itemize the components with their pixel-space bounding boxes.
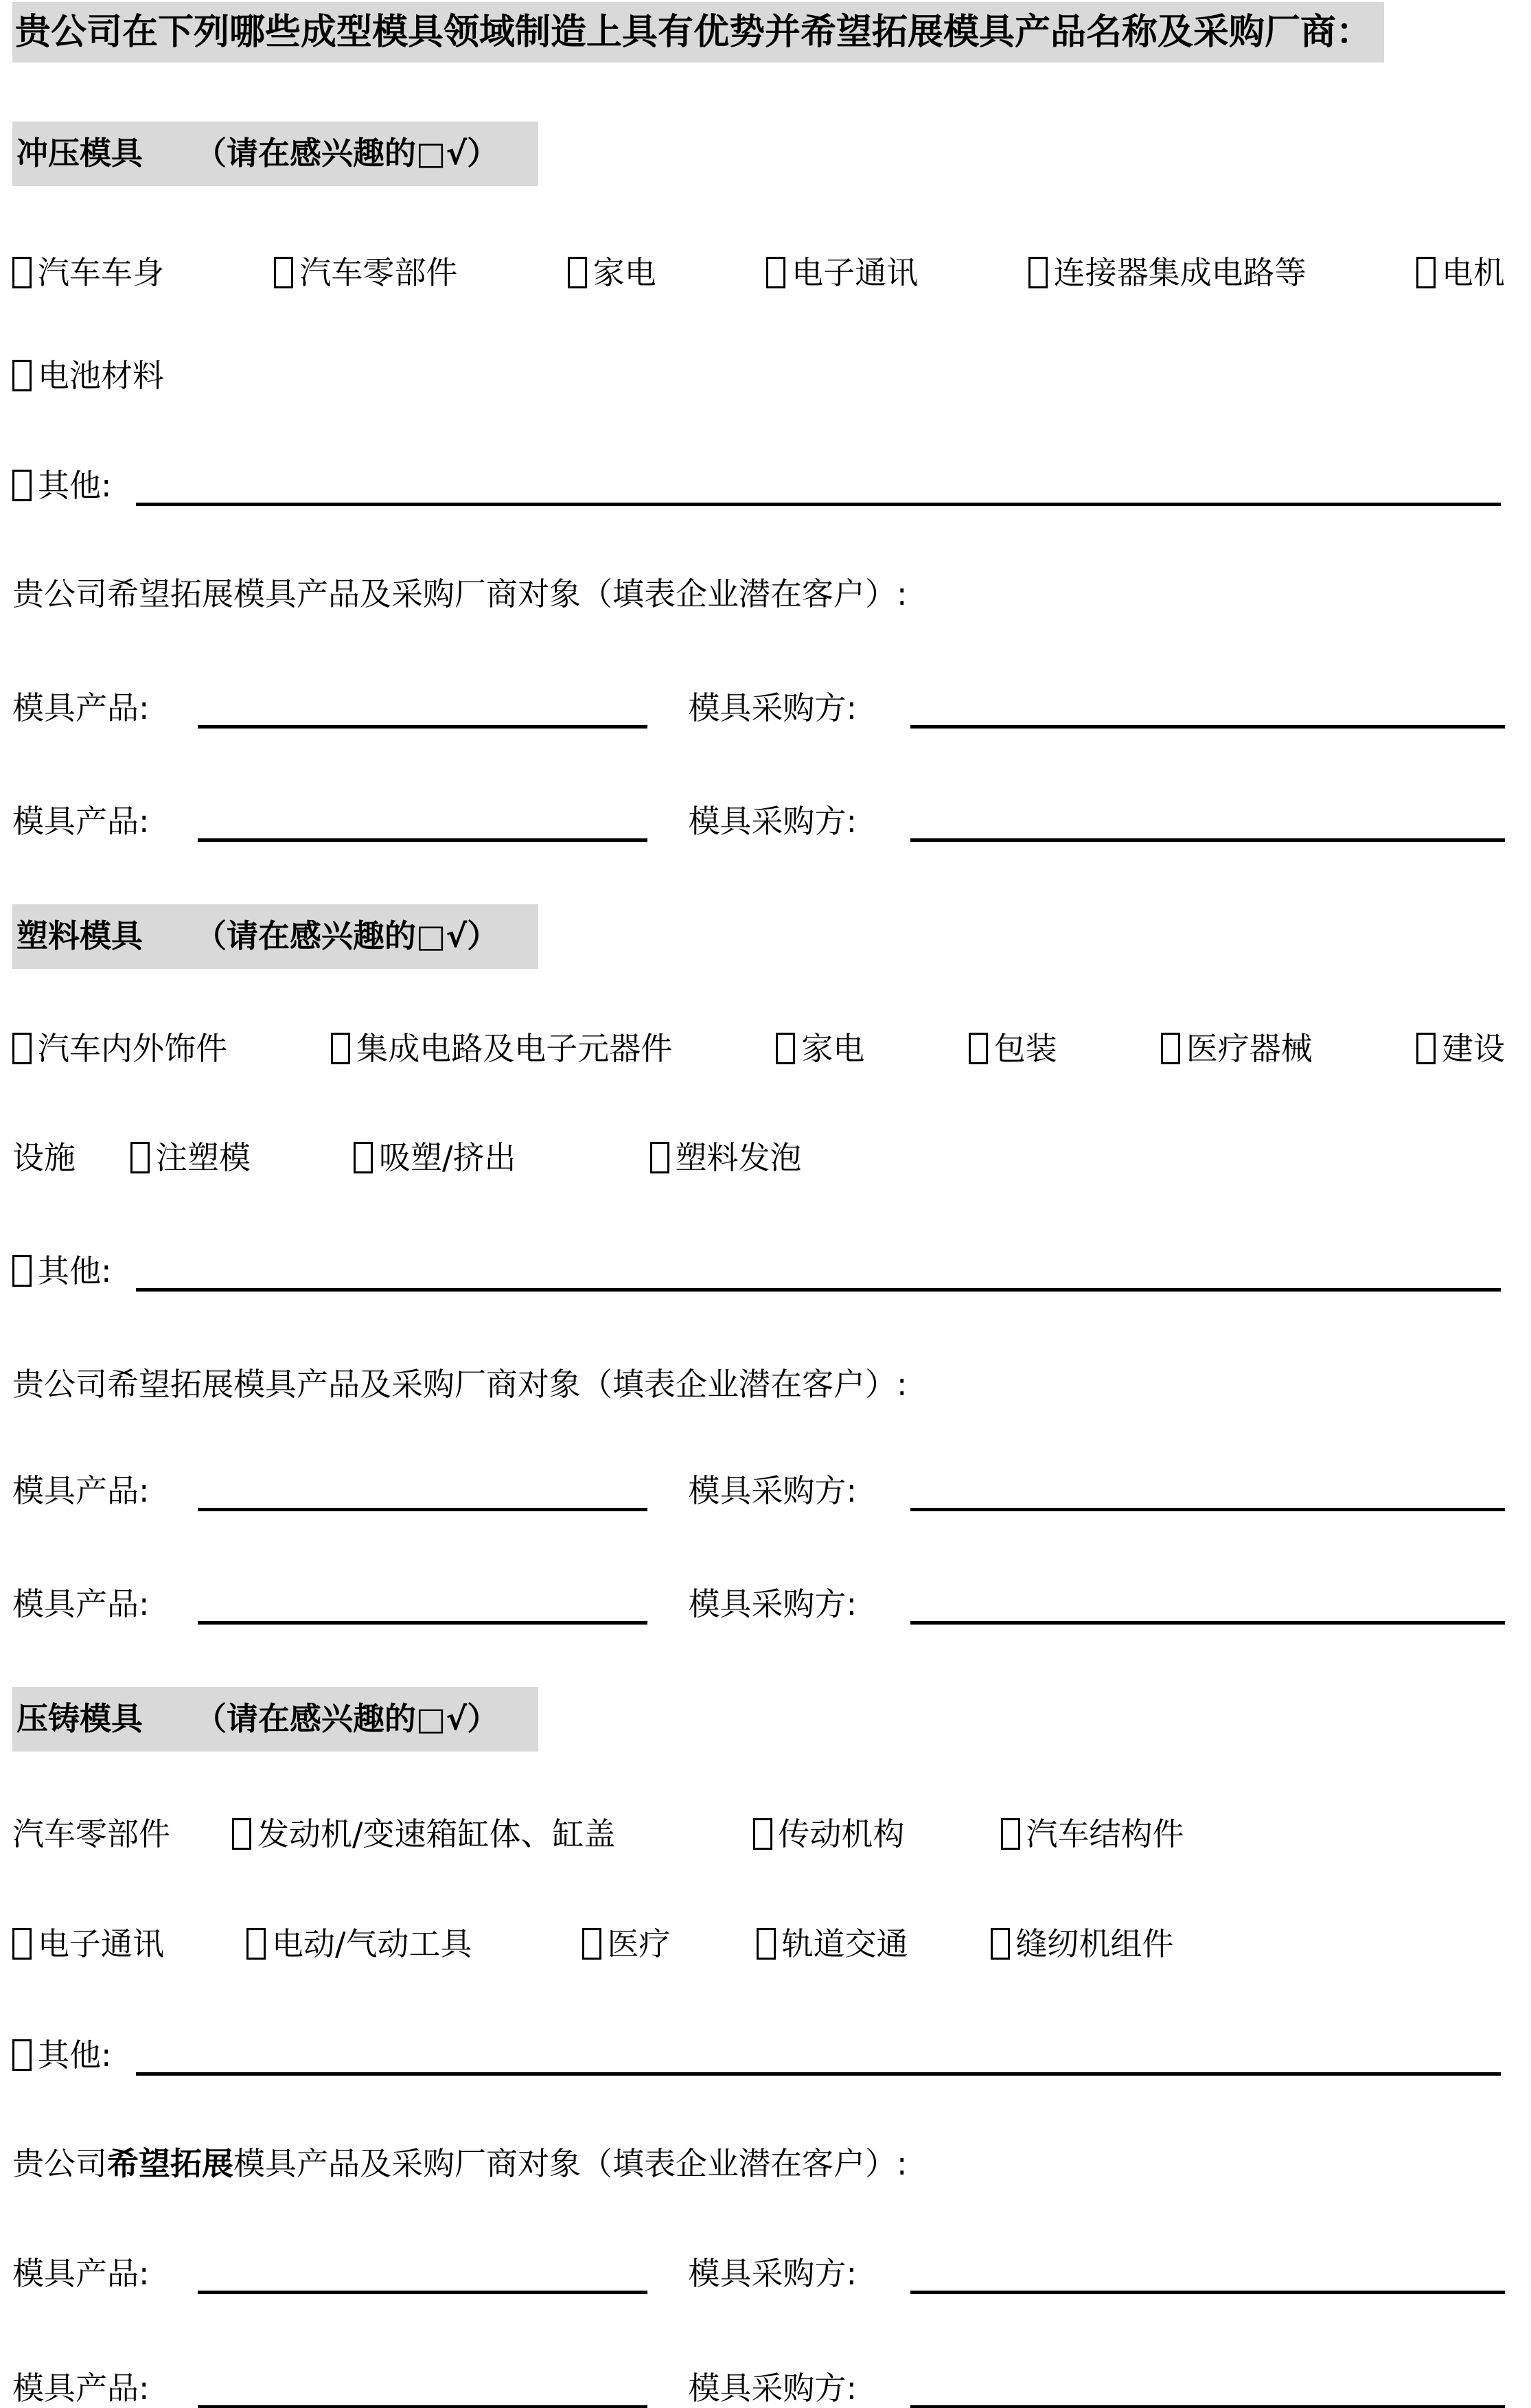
questionnaire-page: 贵公司在下列哪些成型模具领域制造上具有优势并希望拓展模具产品名称及采购厂商： 冲…: [0, 0, 1531, 2408]
option-label: 医疗器械: [1186, 1030, 1313, 1067]
section-hint: （请在感兴趣的□√）: [195, 1700, 498, 1737]
checkbox-option[interactable]: 家电: [776, 1027, 864, 1070]
checkbox-icon[interactable]: [12, 1033, 32, 1064]
section-header-stamping: 冲压模具（请在感兴趣的□√）: [12, 122, 538, 186]
option-label: 电池材料: [38, 357, 164, 394]
field-row: 模具产品: 模具采购方:: [12, 2252, 1531, 2295]
checkbox-option[interactable]: 汽车零部件: [274, 251, 457, 294]
checkbox-icon[interactable]: [757, 1928, 776, 1960]
section-hint: （请在感兴趣的□√）: [195, 135, 498, 172]
product-input-line[interactable]: [198, 1469, 647, 1511]
product-input-line[interactable]: [198, 800, 647, 842]
option-label: 连接器集成电路等: [1054, 254, 1306, 291]
checkbox-icon[interactable]: [274, 257, 293, 288]
checkbox-icon[interactable]: [354, 1142, 373, 1173]
buyer-input-line[interactable]: [910, 687, 1505, 729]
other-label: 其他:: [38, 2037, 112, 2074]
product-input-line[interactable]: [198, 2252, 647, 2294]
checkbox-icon[interactable]: [12, 470, 32, 501]
option-label: 轨道交通: [782, 1925, 908, 1962]
checkbox-option[interactable]: 吸塑/挤出: [354, 1136, 516, 1179]
buyer-input-line[interactable]: [910, 1583, 1505, 1625]
intro-suffix: 模具产品及采购厂商对象（填表企业潜在客户）:: [233, 2145, 908, 2182]
section-title: 冲压模具: [16, 135, 143, 172]
other-label: 其他:: [38, 467, 112, 504]
checkbox-option[interactable]: 包装: [969, 1027, 1057, 1070]
other-row: 其他:: [12, 2034, 1531, 2076]
checkbox-option[interactable]: 医疗器械: [1161, 1027, 1313, 1070]
option-label: 塑料发泡: [676, 1139, 802, 1176]
option-label: 汽车结构件: [1026, 1815, 1184, 1853]
expand-intro-text: 贵公司希望拓展模具产品及采购厂商对象（填表企业潜在客户）:: [12, 2142, 1531, 2185]
field-row: 模具产品: 模具采购方:: [12, 2367, 1531, 2408]
buyer-input-line[interactable]: [910, 1469, 1505, 1511]
product-label: 模具产品:: [12, 800, 150, 842]
option-continuation: 设施: [12, 1136, 76, 1179]
buyer-label: 模具采购方:: [689, 687, 857, 729]
checkbox-icon[interactable]: [1001, 1818, 1020, 1850]
checkbox-icon[interactable]: [12, 2039, 32, 2071]
intro-bold-part: 希望拓展: [107, 2145, 233, 2182]
checkbox-icon[interactable]: [650, 1142, 669, 1173]
checkbox-icon[interactable]: [582, 1928, 601, 1960]
field-row: 模具产品: 模具采购方:: [12, 1583, 1531, 1625]
option-label: 包装: [994, 1030, 1057, 1067]
product-label: 模具产品:: [12, 2367, 150, 2408]
checkbox-option[interactable]: 汽车内外饰件: [12, 1027, 227, 1070]
checkbox-icon[interactable]: [766, 257, 785, 288]
checkbox-option[interactable]: 汽车车身: [12, 251, 164, 294]
checkbox-option[interactable]: 其他:: [12, 2034, 112, 2076]
option-label: 建设: [1442, 1030, 1505, 1067]
checkbox-option[interactable]: 其他:: [12, 464, 112, 507]
section-header-diecasting: 压铸模具（请在感兴趣的□√）: [12, 1687, 538, 1752]
other-row: 其他:: [12, 464, 1531, 507]
option-label: 电子通讯: [38, 1925, 164, 1962]
checkbox-option[interactable]: 医疗: [582, 1923, 671, 1965]
checkbox-option[interactable]: 汽车结构件: [1001, 1813, 1184, 1855]
option-row: 汽车车身 汽车零部件 家电 电子通讯 连接器集成电路等 电机: [12, 251, 1531, 294]
option-label: 汽车零部件: [299, 254, 457, 291]
page-title: 贵公司在下列哪些成型模具领域制造上具有优势并希望拓展模具产品名称及采购厂商：: [12, 2, 1384, 62]
checkbox-option[interactable]: 电池材料: [12, 354, 164, 397]
product-input-line[interactable]: [198, 2367, 647, 2408]
field-row: 模具产品: 模具采购方:: [12, 1469, 1531, 1512]
option-row: 汽车零部件 发动机/变速箱缸体、缸盖 传动机构 汽车结构件: [12, 1813, 1531, 1855]
option-label: 电子通讯: [792, 254, 918, 291]
option-label: 注塑模: [156, 1139, 251, 1176]
expand-intro-text: 贵公司希望拓展模具产品及采购厂商对象（填表企业潜在客户）:: [12, 1363, 1531, 1406]
checkbox-option[interactable]: 其他:: [12, 1250, 112, 1292]
checkbox-option[interactable]: 集成电路及电子元器件: [331, 1027, 672, 1070]
checkbox-icon[interactable]: [753, 1818, 772, 1850]
checkbox-option[interactable]: 电子通讯: [12, 1923, 164, 1965]
option-label: 汽车内外饰件: [38, 1030, 227, 1067]
checkbox-option[interactable]: 电机: [1416, 251, 1505, 294]
checkbox-option[interactable]: 传动机构: [753, 1813, 905, 1855]
option-label: 缝纫机组件: [1016, 1925, 1174, 1962]
checkbox-icon[interactable]: [1161, 1033, 1180, 1064]
checkbox-option[interactable]: 电动/气动工具: [246, 1923, 472, 1965]
buyer-label: 模具采购方:: [689, 800, 857, 842]
intro-prefix: 贵公司: [12, 2145, 107, 2182]
expand-intro-text: 贵公司希望拓展模具产品及采购厂商对象（填表企业潜在客户）:: [12, 573, 1531, 615]
product-label: 模具产品:: [12, 1583, 150, 1625]
option-row: 电子通讯 电动/气动工具 医疗 轨道交通 缝纫机组件: [12, 1923, 1531, 1965]
buyer-input-line[interactable]: [910, 2252, 1505, 2294]
checkbox-option[interactable]: 注塑模: [130, 1136, 251, 1179]
checkbox-icon[interactable]: [12, 1255, 32, 1287]
option-label: 传动机构: [779, 1815, 905, 1853]
other-input-line[interactable]: [136, 2034, 1501, 2076]
product-input-line[interactable]: [198, 687, 647, 729]
checkbox-icon[interactable]: [1416, 257, 1436, 288]
checkbox-icon[interactable]: [331, 1033, 350, 1064]
other-input-line[interactable]: [136, 464, 1501, 506]
option-continuation: 汽车零部件: [12, 1813, 170, 1855]
option-label: 吸塑/挤出: [379, 1139, 516, 1176]
checkbox-option[interactable]: 家电: [568, 251, 656, 294]
checkbox-icon[interactable]: [969, 1033, 988, 1064]
other-label: 其他:: [38, 1252, 112, 1289]
checkbox-option[interactable]: 轨道交通: [757, 1923, 908, 1965]
checkbox-icon[interactable]: [12, 257, 32, 288]
product-input-line[interactable]: [198, 1583, 647, 1625]
checkbox-option[interactable]: 缝纫机组件: [991, 1923, 1174, 1965]
checkbox-icon[interactable]: [1028, 257, 1048, 288]
buyer-label: 模具采购方:: [689, 1583, 857, 1625]
field-row: 模具产品: 模具采购方:: [12, 800, 1531, 842]
option-row: 设施 注塑模 吸塑/挤出 塑料发泡: [12, 1136, 1531, 1179]
product-label: 模具产品:: [12, 2252, 150, 2295]
other-row: 其他:: [12, 1250, 1531, 1292]
checkbox-icon[interactable]: [991, 1928, 1010, 1960]
option-label: 发动机/变速箱缸体、缸盖: [257, 1815, 616, 1853]
checkbox-icon[interactable]: [1416, 1033, 1436, 1064]
checkbox-icon[interactable]: [130, 1142, 150, 1173]
checkbox-option[interactable]: 塑料发泡: [650, 1136, 802, 1179]
checkbox-option[interactable]: 建设: [1416, 1027, 1505, 1070]
checkbox-icon[interactable]: [232, 1818, 251, 1850]
option-label: 电机: [1442, 254, 1505, 291]
section-header-plastic: 塑料模具（请在感兴趣的□√）: [12, 904, 538, 969]
buyer-label: 模具采购方:: [689, 2367, 857, 2408]
section-title: 塑料模具: [16, 917, 143, 954]
buyer-label: 模具采购方:: [689, 1469, 857, 1512]
checkbox-option[interactable]: 发动机/变速箱缸体、缸盖: [232, 1813, 616, 1855]
checkbox-option[interactable]: 连接器集成电路等: [1028, 251, 1306, 294]
section-hint: （请在感兴趣的□√）: [195, 917, 498, 954]
option-label: 集成电路及电子元器件: [356, 1030, 672, 1067]
other-input-line[interactable]: [136, 1250, 1501, 1292]
option-row: 电池材料: [12, 354, 1531, 397]
checkbox-icon[interactable]: [246, 1928, 266, 1960]
field-row: 模具产品: 模具采购方:: [12, 687, 1531, 729]
product-label: 模具产品:: [12, 1469, 150, 1512]
checkbox-icon[interactable]: [12, 1928, 32, 1960]
checkbox-option[interactable]: 电子通讯: [766, 251, 918, 294]
product-label: 模具产品:: [12, 687, 150, 729]
option-label: 医疗: [608, 1925, 671, 1962]
option-row: 汽车内外饰件 集成电路及电子元器件 家电 包装 医疗器械 建设: [12, 1027, 1531, 1070]
buyer-input-line[interactable]: [910, 800, 1505, 842]
option-label: 汽车车身: [38, 254, 164, 291]
checkbox-icon[interactable]: [776, 1033, 795, 1064]
checkbox-icon[interactable]: [12, 360, 32, 391]
checkbox-icon[interactable]: [568, 257, 587, 288]
option-label: 家电: [801, 1030, 864, 1067]
section-title: 压铸模具: [16, 1700, 143, 1737]
option-label: 家电: [593, 254, 656, 291]
buyer-input-line[interactable]: [910, 2367, 1505, 2408]
option-label: 电动/气动工具: [272, 1925, 472, 1962]
buyer-label: 模具采购方:: [689, 2252, 857, 2295]
